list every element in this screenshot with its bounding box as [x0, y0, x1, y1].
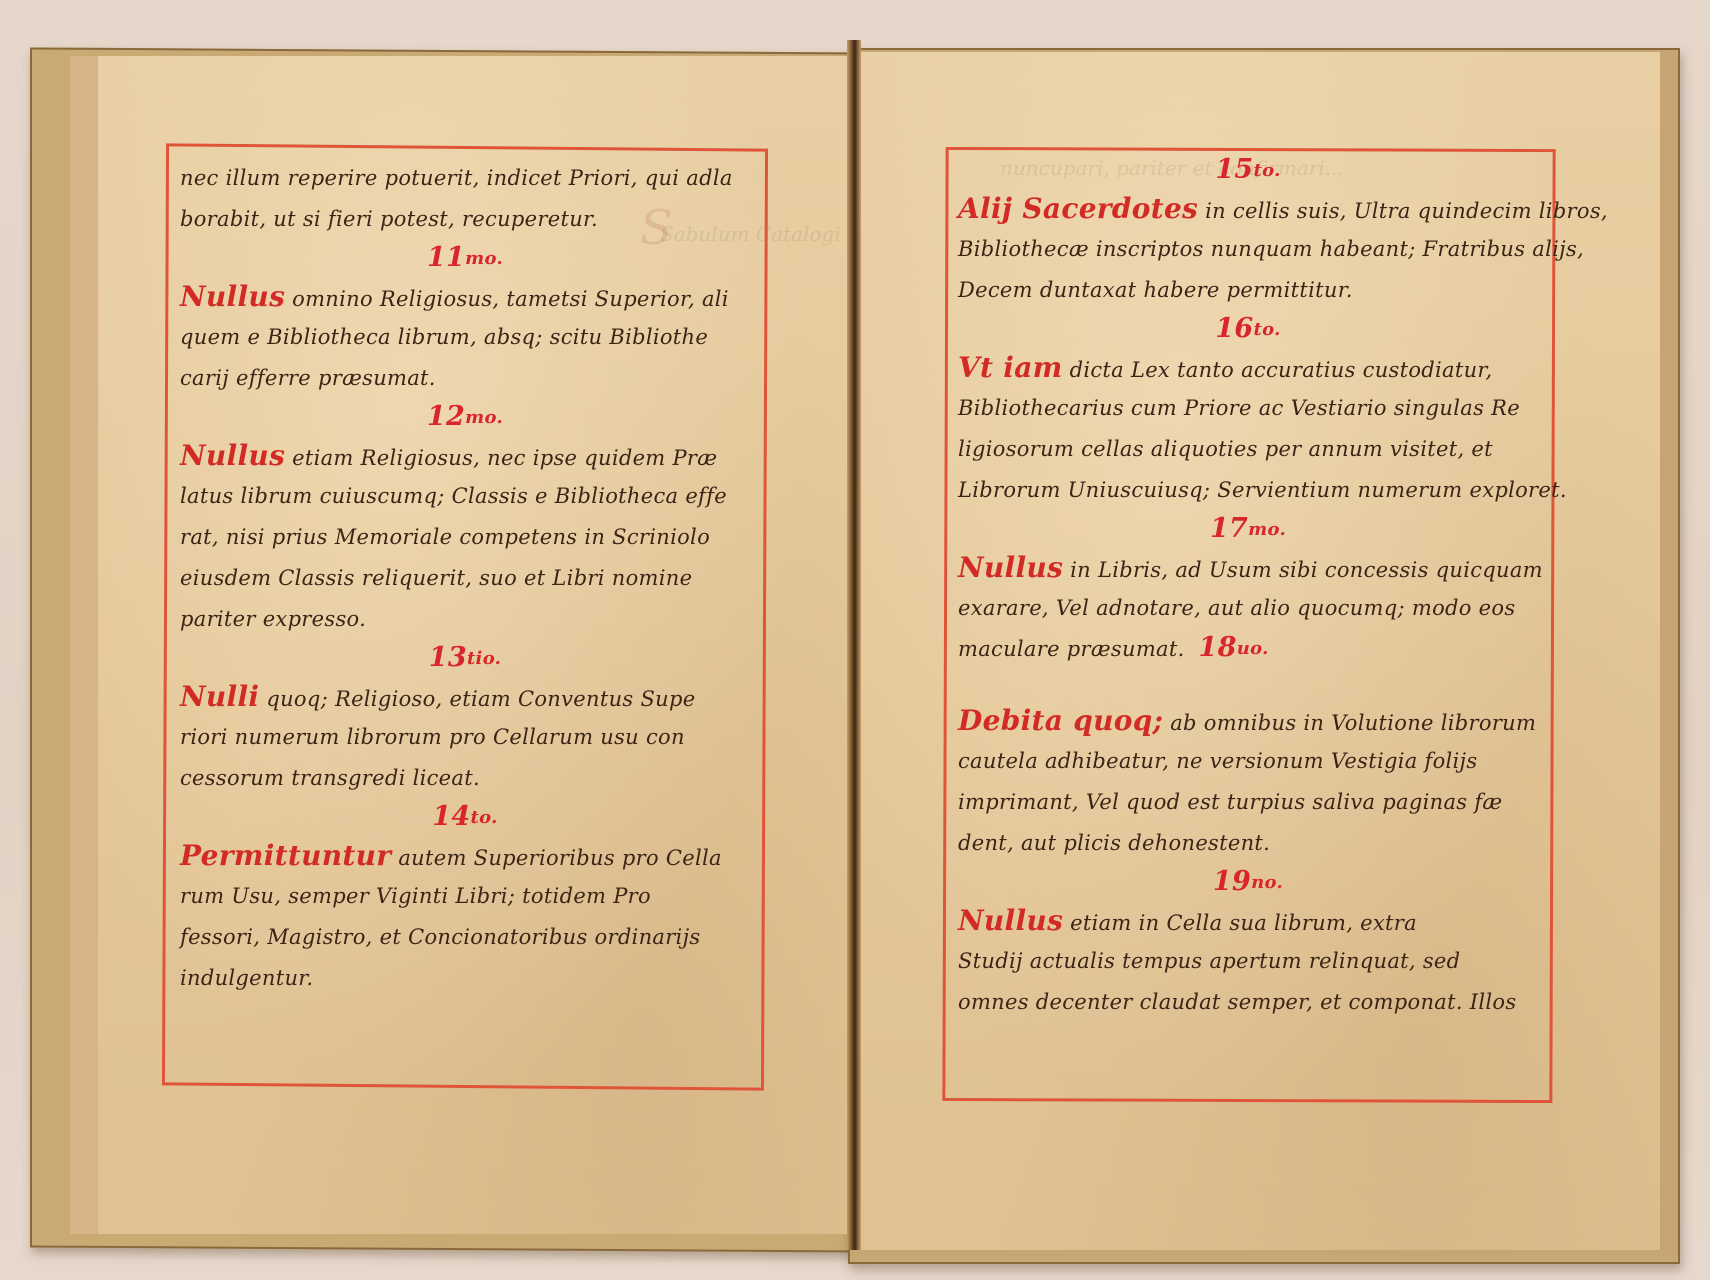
- open-manuscript-book: S Sabulum Catalogi nuncupari, pariter et…: [0, 0, 1710, 1280]
- text-line: borabit, ut si fieri potest, recuperetur…: [180, 199, 750, 240]
- text-span: etiam Religiosus, nec ipse quidem Præ: [285, 446, 717, 470]
- text-line: Nullus in Libris, ad Usum sibi concessis…: [958, 547, 1538, 588]
- article-number: 17: [1210, 513, 1248, 544]
- article-heading-11: 11mo.: [180, 240, 750, 276]
- text-line: maculare præsumat. 18uo.: [958, 629, 1538, 670]
- text-line: Bibliothecarius cum Priore ac Vestiario …: [958, 388, 1538, 429]
- text-line: rum Usu, semper Viginti Libri; totidem P…: [180, 876, 750, 917]
- rubric-lead-word: Vt iam: [958, 351, 1063, 384]
- text-line: Nullus omnino Religiosus, tametsi Superi…: [180, 276, 750, 317]
- rubric-lead-word: Nulli: [180, 680, 259, 713]
- text-line: latus librum cuiuscumq; Classis e Biblio…: [180, 476, 750, 517]
- text-line: Librorum Uniuscuiusq; Servientium numeru…: [958, 470, 1538, 511]
- ordinal-suffix: to.: [1254, 160, 1281, 181]
- text-line: Bibliothecæ inscriptos nunquam habeant; …: [958, 229, 1538, 270]
- text-line: exarare, Vel adnotare, aut alio quocumq;…: [958, 588, 1538, 629]
- text-line: Permittuntur autem Superioribus pro Cell…: [180, 835, 750, 876]
- article-number: 11: [427, 242, 465, 273]
- text-line: Decem duntaxat habere permittitur.: [958, 270, 1538, 311]
- article-heading-15: 15to.: [958, 152, 1538, 188]
- right-page-text: 15to. Alij Sacerdotes in cellis suis, Ul…: [958, 152, 1538, 1023]
- ordinal-suffix: to.: [471, 807, 498, 828]
- ordinal-suffix: tio.: [467, 648, 501, 669]
- text-line: Nullus etiam in Cella sua librum, extra: [958, 900, 1538, 941]
- article-heading-16: 16to.: [958, 311, 1538, 347]
- text-span: quoq; Religioso, etiam Conventus Supe: [259, 687, 695, 711]
- article-number: 18: [1199, 632, 1237, 663]
- article-number: 14: [432, 801, 470, 832]
- rubric-lead-word: Nullus: [180, 280, 285, 313]
- text-span: etiam in Cella sua librum, extra: [1063, 911, 1417, 935]
- text-line: carij efferre præsumat.: [180, 358, 750, 399]
- article-heading-18: 18uo.: [1199, 632, 1269, 663]
- text-line: nec illum reperire potuerit, indicet Pri…: [180, 158, 750, 199]
- ordinal-suffix: no.: [1251, 872, 1283, 893]
- text-line: Nullus etiam Religiosus, nec ipse quidem…: [180, 435, 750, 476]
- article-number: 13: [429, 642, 467, 673]
- text-span: in Libris, ad Usum sibi concessis quicqu…: [1063, 558, 1543, 582]
- text-span: autem Superioribus pro Cella: [391, 846, 721, 870]
- text-line: rat, nisi prius Memoriale competens in S…: [180, 517, 750, 558]
- text-span: omnino Religiosus, tametsi Superior, ali: [285, 287, 729, 311]
- text-line: Vt iam dicta Lex tanto accuratius custod…: [958, 347, 1538, 388]
- text-line: fessori, Magistro, et Concionatoribus or…: [180, 917, 750, 958]
- article-number: 15: [1215, 154, 1253, 185]
- text-line: omnes decenter claudat semper, et compon…: [958, 982, 1538, 1023]
- rubric-lead-word: Alij Sacerdotes: [958, 192, 1198, 225]
- article-number: 19: [1213, 866, 1251, 897]
- ordinal-suffix: uo.: [1237, 638, 1269, 659]
- ordinal-suffix: mo.: [465, 407, 503, 428]
- article-number: 16: [1215, 313, 1253, 344]
- article-heading-14: 14to.: [180, 799, 750, 835]
- rubric-lead-word: Nullus: [180, 439, 285, 472]
- text-span: in cellis suis, Ultra quindecim libros,: [1198, 199, 1608, 223]
- text-line: imprimant, Vel quod est turpius saliva p…: [958, 782, 1538, 823]
- text-span: ab omnibus in Volutione librorum: [1163, 711, 1536, 735]
- text-line: eiusdem Classis reliquerit, suo et Libri…: [180, 558, 750, 599]
- text-line: dent, aut plicis dehonestent.: [958, 823, 1538, 864]
- article-heading-19: 19no.: [958, 864, 1538, 900]
- article-heading-17: 17mo.: [958, 511, 1538, 547]
- text-line: Alij Sacerdotes in cellis suis, Ultra qu…: [958, 188, 1538, 229]
- left-page-text: nec illum reperire potuerit, indicet Pri…: [180, 158, 750, 999]
- text-line: cautela adhibeatur, ne versionum Vestigi…: [958, 741, 1538, 782]
- text-line: cessorum transgredi liceat.: [180, 758, 750, 799]
- article-heading-13: 13tio.: [180, 640, 750, 676]
- text-line: riori numerum librorum pro Cellarum usu …: [180, 717, 750, 758]
- ordinal-suffix: mo.: [1248, 519, 1286, 540]
- text-line: Studij actualis tempus apertum relinquat…: [958, 941, 1538, 982]
- ordinal-suffix: mo.: [465, 248, 503, 269]
- text-line: ligiosorum cellas aliquoties per annum v…: [958, 429, 1538, 470]
- spacer: [958, 670, 1538, 700]
- text-line: quem e Bibliotheca librum, absq; scitu B…: [180, 317, 750, 358]
- text-line: indulgentur.: [180, 958, 750, 999]
- text-span: dicta Lex tanto accuratius custodiatur,: [1063, 358, 1493, 382]
- text-span: maculare præsumat.: [958, 637, 1185, 661]
- text-line: Nulli quoq; Religioso, etiam Conventus S…: [180, 676, 750, 717]
- article-number: 12: [427, 401, 465, 432]
- text-line: Debita quoq; ab omnibus in Volutione lib…: [958, 700, 1538, 741]
- rubric-lead-word: Permittuntur: [180, 839, 391, 872]
- book-gutter: [847, 40, 861, 1250]
- ordinal-suffix: to.: [1254, 319, 1281, 340]
- rubric-lead-word: Nullus: [958, 551, 1063, 584]
- rubric-lead-word: Nullus: [958, 904, 1063, 937]
- text-line: pariter expresso.: [180, 599, 750, 640]
- article-heading-12: 12mo.: [180, 399, 750, 435]
- rubric-lead-word: Debita quoq;: [958, 704, 1163, 737]
